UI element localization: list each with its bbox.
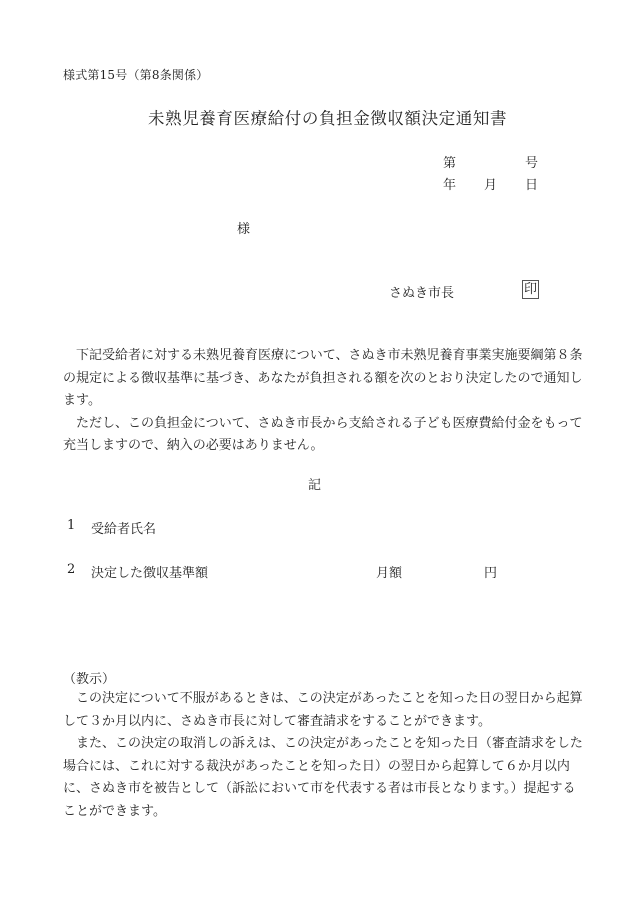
addressee-honorific: 様 bbox=[237, 218, 250, 237]
monthly-amount-label: 月額 bbox=[376, 562, 402, 581]
notice-text: この決定について不服があるときは、この決定があったことを知った日の翌日から起算し… bbox=[63, 688, 583, 823]
doc-number-label: 第 bbox=[443, 152, 456, 171]
form-number: 様式第15号（第8条関係） bbox=[63, 66, 209, 83]
item-label-recipient-name: 受給者氏名 bbox=[91, 518, 156, 537]
date-day-label: 日 bbox=[525, 174, 538, 193]
notice-paragraph: この決定について不服があるときは、この決定があったことを知った日の翌日から起算し… bbox=[63, 688, 583, 733]
notice-heading: （教示） bbox=[63, 668, 115, 687]
body-paragraph: 下記受給者に対する未熟児養育医療について、さぬき市未熟児養育事業実施要綱第８条の… bbox=[63, 345, 583, 413]
item-label-collection-amount: 決定した徴収基準額 bbox=[91, 562, 208, 581]
body-paragraph: ただし、この負担金について、さぬき市長から支給される子ども医療費給付金をもって充… bbox=[63, 413, 583, 458]
seal-mark: 印 bbox=[522, 280, 539, 299]
item-number: 2 bbox=[67, 562, 75, 577]
issuer-name: さぬき市長 bbox=[389, 282, 454, 301]
body-text: 下記受給者に対する未熟児養育医療について、さぬき市未熟児養育事業実施要綱第８条の… bbox=[63, 345, 583, 458]
document-title: 未熟児養育医療給付の負担金徴収額決定通知書 bbox=[148, 105, 507, 129]
date-month-label: 月 bbox=[484, 174, 497, 193]
item-number: 1 bbox=[67, 518, 75, 533]
date-year-label: 年 bbox=[443, 174, 456, 193]
ki-heading: 記 bbox=[308, 474, 321, 493]
doc-number-suffix: 号 bbox=[525, 152, 538, 171]
notice-paragraph: また、この決定の取消しの訴えは、この決定があったことを知った日（審査請求をした場… bbox=[63, 733, 583, 823]
yen-unit: 円 bbox=[484, 562, 497, 581]
